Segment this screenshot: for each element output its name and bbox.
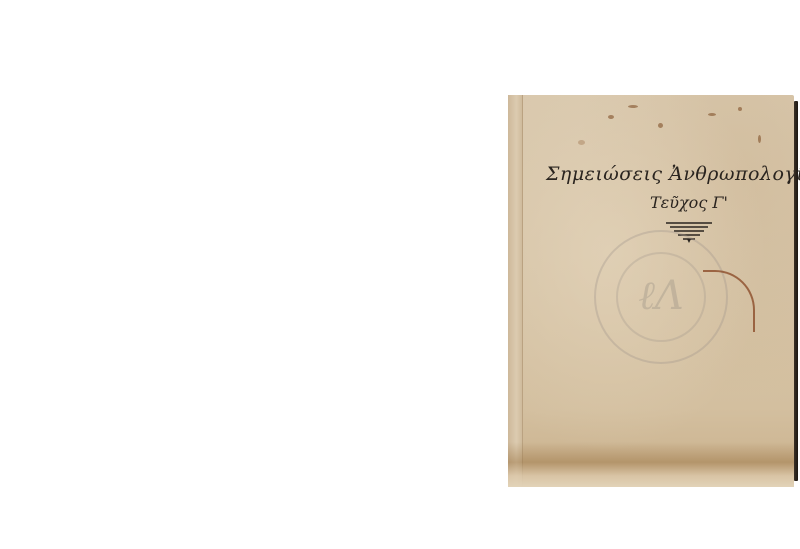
notebook-cover: Σημειώσεις Ἀνθρωπολογίας Τεῦχος Γ' ℓΛ (508, 95, 794, 487)
cover-title: Σημειώσεις Ἀνθρωπολογίας (546, 163, 800, 185)
stain (708, 113, 716, 116)
stain (738, 107, 742, 111)
stamp-inner-ring: ℓΛ (616, 252, 706, 342)
stain (628, 105, 638, 108)
binding-strip (508, 95, 523, 487)
stain (658, 123, 663, 128)
stain (758, 135, 761, 143)
stain (578, 140, 585, 145)
stain (608, 115, 614, 119)
cover-volume: Τεῦχος Γ' (650, 193, 728, 212)
water-damage (508, 442, 794, 487)
rust-stain (703, 270, 755, 332)
stamp-monogram: ℓΛ (618, 272, 704, 319)
